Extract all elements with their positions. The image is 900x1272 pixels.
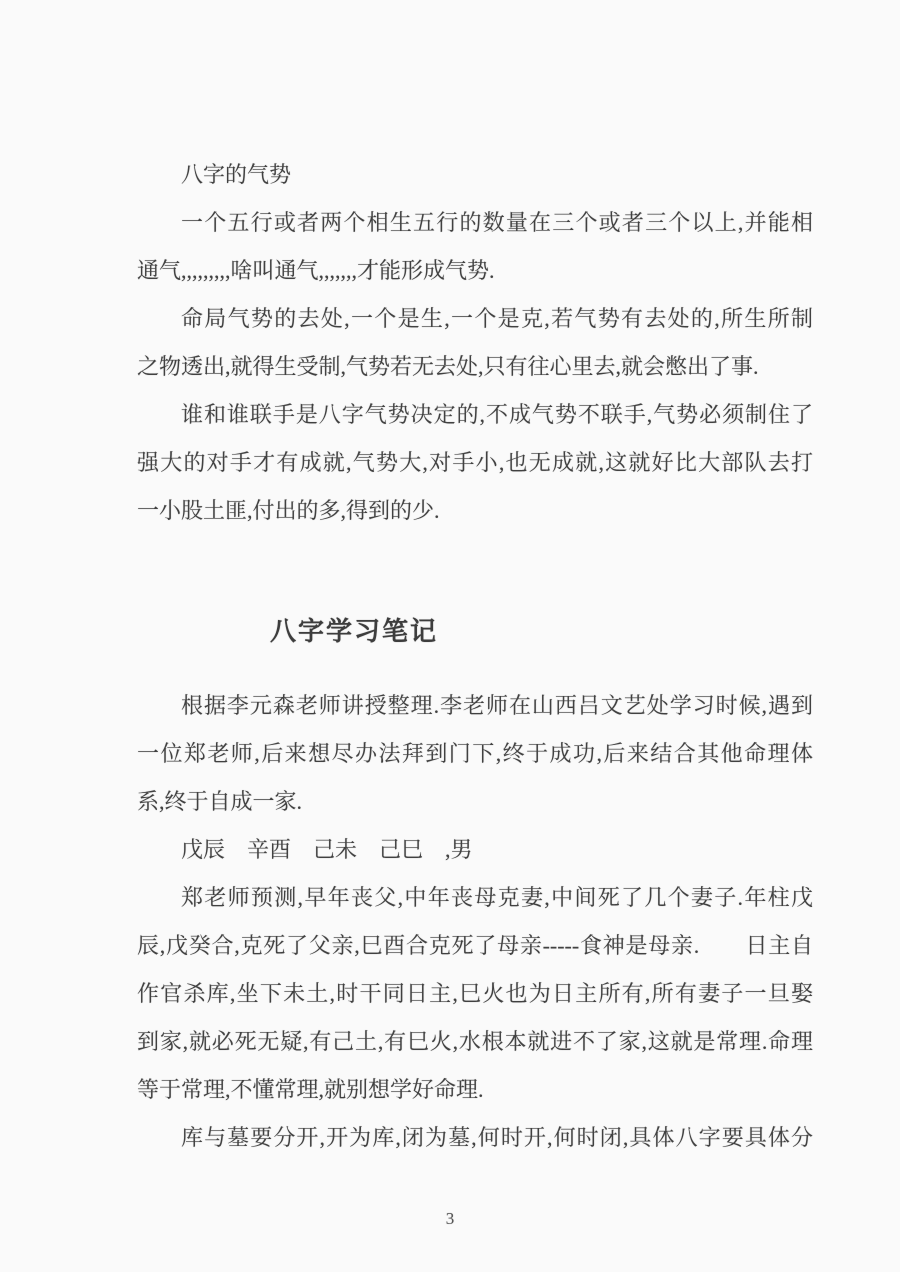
- section-qishi: 八字的气势 一个五行或者两个相生五行的数量在三个或者三个以上,并能相 通气,,,…: [137, 151, 813, 535]
- document-page: 八字的气势 一个五行或者两个相生五行的数量在三个或者三个以上,并能相 通气,,,…: [0, 0, 900, 1272]
- section-notes: 根据李元森老师讲授整理.李老师在山西吕文艺处学习时候,遇到 一位郑老师,后来想尽…: [137, 682, 813, 1162]
- page-number: 3: [0, 1209, 900, 1229]
- section1-title: 八字的气势: [137, 151, 813, 199]
- text-line: 到家,就必死无疑,有己土,有巳火,水根本就进不了家,这就是常理.命理: [137, 1018, 813, 1066]
- text-line: 一个五行或者两个相生五行的数量在三个或者三个以上,并能相: [137, 199, 813, 247]
- bazi-pillars-line: 戊辰 辛酉 己未 己巳 ,男: [137, 826, 813, 874]
- text-line: 库与墓要分开,开为库,闭为墓,何时开,何时闭,具体八字要具体分: [137, 1114, 813, 1162]
- text-line: 一小股土匪,付出的多,得到的少.: [137, 487, 813, 535]
- text-line: 作官杀库,坐下未土,时干同日主,巳火也为日主所有,所有妻子一旦娶: [137, 970, 813, 1018]
- text-line: 辰,戊癸合,克死了父亲,巳酉合克死了母亲-----食神是母亲. 日主自: [137, 922, 813, 970]
- text-line: 一位郑老师,后来想尽办法拜到门下,终于成功,后来结合其他命理体: [137, 730, 813, 778]
- text-line: 根据李元森老师讲授整理.李老师在山西吕文艺处学习时候,遇到: [137, 682, 813, 730]
- text-line: 之物透出,就得生受制,气势若无去处,只有往心里去,就会憋出了事.: [137, 343, 813, 391]
- text-line: 通气,,,,,,,,,啥叫通气,,,,,,,才能形成气势.: [137, 247, 813, 295]
- text-line: 等于常理,不懂常理,就别想学好命理.: [137, 1066, 813, 1114]
- text-line: 谁和谁联手是八字气势决定的,不成气势不联手,气势必须制住了: [137, 391, 813, 439]
- text-line: 系,终于自成一家.: [137, 778, 813, 826]
- text-line: 郑老师预测,早年丧父,中年丧母克妻,中间死了几个妻子.年柱戊: [137, 874, 813, 922]
- text-line: 强大的对手才有成就,气势大,对手小,也无成就,这就好比大部队去打: [137, 439, 813, 487]
- text-line: 命局气势的去处,一个是生,一个是克,若气势有去处的,所生所制: [137, 295, 813, 343]
- notes-heading: 八字学习笔记: [270, 612, 438, 650]
